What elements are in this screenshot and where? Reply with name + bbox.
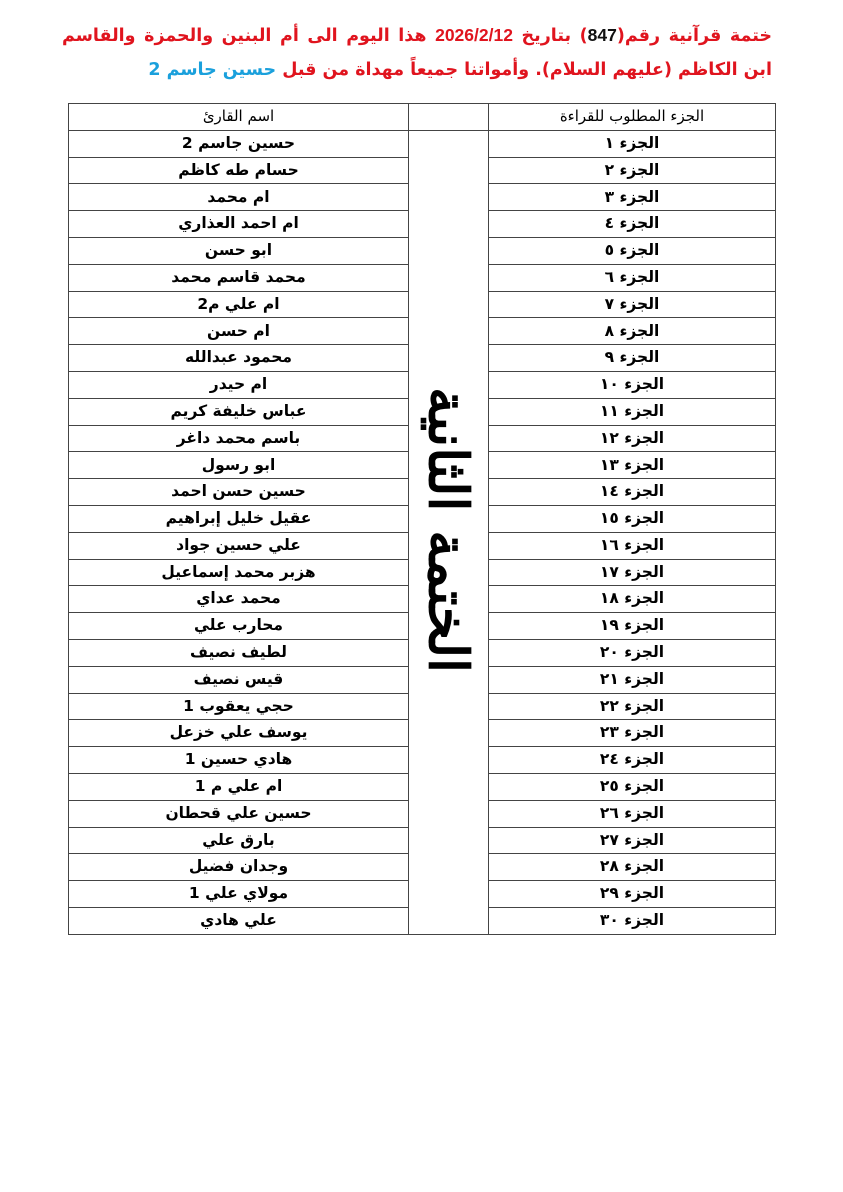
reader-cell: محمد قاسم محمد <box>69 264 409 291</box>
juz-cell: الجزء ١٥ <box>489 505 776 532</box>
reader-cell: حسين جاسم 2 <box>69 130 409 157</box>
juz-cell: الجزء ٢٨ <box>489 854 776 881</box>
reader-cell: باسم محمد داغر <box>69 425 409 452</box>
table-row: الجزء ١الختمة الثانيةحسين جاسم 2 <box>69 130 776 157</box>
reader-cell: عقيل خليل إبراهيم <box>69 505 409 532</box>
table-header-row: الجزء المطلوب للقراءة اسم القارئ <box>69 104 776 131</box>
reader-cell: ام احمد العذاري <box>69 211 409 238</box>
juz-cell: الجزء ٧ <box>489 291 776 318</box>
juz-cell: الجزء ١٩ <box>489 613 776 640</box>
header-middle <box>409 104 489 131</box>
khatma-label: الختمة الثانية <box>422 387 476 673</box>
juz-cell: الجزء ١٣ <box>489 452 776 479</box>
reader-cell: ام حيدر <box>69 371 409 398</box>
juz-cell: الجزء ١ <box>489 130 776 157</box>
reader-cell: علي حسين جواد <box>69 532 409 559</box>
reader-cell: هادي حسين 1 <box>69 747 409 774</box>
juz-cell: الجزء ٨ <box>489 318 776 345</box>
juz-cell: الجزء ٢٥ <box>489 773 776 800</box>
reader-cell: هزبر محمد إسماعيل <box>69 559 409 586</box>
juz-cell: الجزء ٢٢ <box>489 693 776 720</box>
juz-cell: الجزء ١٦ <box>489 532 776 559</box>
juz-cell: الجزء ٢٩ <box>489 881 776 908</box>
header-reader: اسم القارئ <box>69 104 409 131</box>
juz-cell: الجزء ٢٧ <box>489 827 776 854</box>
juz-cell: الجزء ٢٦ <box>489 800 776 827</box>
reader-cell: محمد عداي <box>69 586 409 613</box>
juz-cell: الجزء ١٢ <box>489 425 776 452</box>
juz-cell: الجزء ٢٣ <box>489 720 776 747</box>
reader-cell: حسين علي قحطان <box>69 800 409 827</box>
juz-cell: الجزء ١٤ <box>489 479 776 506</box>
title-part2: ) بتاريخ <box>513 26 588 46</box>
header-juz: الجزء المطلوب للقراءة <box>489 104 776 131</box>
khatma-table: الجزء المطلوب للقراءة اسم القارئ الجزء ١… <box>68 103 776 935</box>
juz-cell: الجزء ٦ <box>489 264 776 291</box>
reader-cell: ام علي م2 <box>69 291 409 318</box>
khatma-label-cell: الختمة الثانية <box>409 130 489 934</box>
juz-cell: الجزء ٢ <box>489 157 776 184</box>
reader-cell: ام علي م 1 <box>69 773 409 800</box>
reader-cell: محمود عبدالله <box>69 345 409 372</box>
document-title: ختمة قرآنية رقم(847) بتاريخ 2026/2/12 هذ… <box>62 18 772 87</box>
reader-cell: علي هادي <box>69 907 409 934</box>
juz-cell: الجزء ١١ <box>489 398 776 425</box>
juz-cell: الجزء ٢٠ <box>489 639 776 666</box>
reader-cell: محارب علي <box>69 613 409 640</box>
reader-cell: مولاي علي 1 <box>69 881 409 908</box>
title-part1: ختمة قرآنية رقم( <box>617 26 772 46</box>
khatma-number: 847 <box>588 25 617 45</box>
reader-cell: ام محمد <box>69 184 409 211</box>
juz-cell: الجزء ٤ <box>489 211 776 238</box>
reader-cell: حسين حسن احمد <box>69 479 409 506</box>
reader-cell: وجدان فضيل <box>69 854 409 881</box>
dedicator-name: حسين جاسم 2 <box>148 60 276 80</box>
juz-cell: الجزء ٢١ <box>489 666 776 693</box>
reader-cell: قيس نصيف <box>69 666 409 693</box>
juz-cell: الجزء ٣٠ <box>489 907 776 934</box>
reader-cell: حسام طه كاظم <box>69 157 409 184</box>
reader-cell: عباس خليفة كريم <box>69 398 409 425</box>
juz-cell: الجزء ٥ <box>489 237 776 264</box>
khatma-date: 2026/2/12 <box>435 25 513 45</box>
reader-cell: حجي يعقوب 1 <box>69 693 409 720</box>
juz-cell: الجزء ١٠ <box>489 371 776 398</box>
juz-cell: الجزء ١٨ <box>489 586 776 613</box>
reader-cell: ابو حسن <box>69 237 409 264</box>
reader-cell: لطيف نصيف <box>69 639 409 666</box>
reader-cell: يوسف علي خزعل <box>69 720 409 747</box>
juz-cell: الجزء ٣ <box>489 184 776 211</box>
reader-cell: بارق علي <box>69 827 409 854</box>
reader-cell: ابو رسول <box>69 452 409 479</box>
juz-cell: الجزء ٩ <box>489 345 776 372</box>
reader-cell: ام حسن <box>69 318 409 345</box>
juz-cell: الجزء ١٧ <box>489 559 776 586</box>
juz-cell: الجزء ٢٤ <box>489 747 776 774</box>
